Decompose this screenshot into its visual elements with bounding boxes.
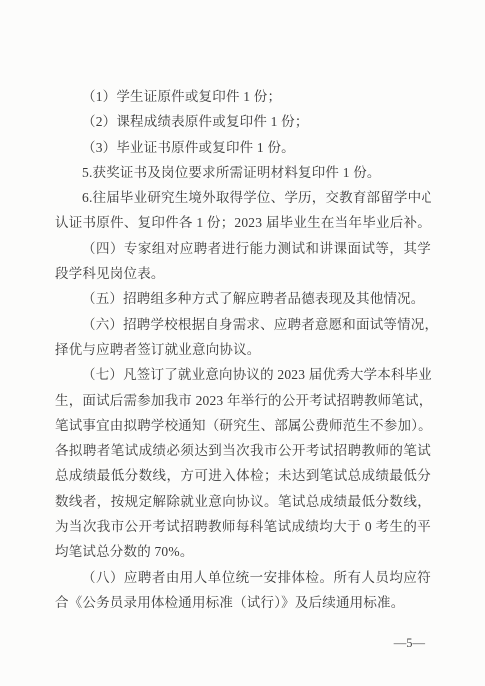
text-line: 总成绩最低分数线，方可进入体检；未达到笔试总成绩最低分 [55, 463, 431, 488]
text-line: （2）课程成绩表原件或复印件 1 份； [55, 109, 431, 134]
text-line: 笔试事宜由拟聘学校通知（研究生、部属公费师范生不参加）。 [55, 413, 431, 438]
text-line: （五）招聘组多种方式了解应聘者品德表现及其他情况。 [55, 286, 431, 311]
page-number: —5— [394, 636, 425, 651]
text-line: 段学科见岗位表。 [55, 261, 431, 286]
text-line: 合《公务员录用体检通用标准（试行）》及后续通用标准。 [55, 590, 431, 615]
text-line: 6.往届毕业研究生境外取得学位、学历，交教育部留学中心 [55, 185, 431, 210]
text-line: （3）毕业证书原件或复印件 1 份。 [55, 135, 431, 160]
text-line: 为当次我市公开考试招聘教师每科笔试成绩均大于 0 考生的平 [55, 514, 431, 539]
text-line: 择优与应聘者签订就业意向协议。 [55, 337, 431, 362]
text-line: （七）凡签订了就业意向协议的 2023 届优秀大学本科毕业 [55, 362, 431, 387]
text-line: 均笔试总分数的 70%。 [55, 539, 431, 564]
text-line: 生，面试后需参加我市 2023 年举行的公开考试招聘教师笔试， [55, 388, 431, 413]
text-line: 5.获奖证书及岗位要求所需证明材料复印件 1 份。 [55, 160, 431, 185]
text-line: 认证书原件、复印件各 1 份；2023 届毕业生在当年毕业后补。 [55, 210, 431, 235]
text-line: 数线者，按规定解除就业意向协议。笔试总成绩最低分数线， [55, 489, 431, 514]
text-line: （八）应聘者由用人单位统一安排体检。所有人员均应符 [55, 565, 431, 590]
text-line: （六）招聘学校根据自身需求、应聘者意愿和面试等情况， [55, 312, 431, 337]
text-line: （四）专家组对应聘者进行能力测试和讲课面试等，其学 [55, 236, 431, 261]
text-line: 各拟聘者笔试成绩必须达到当次我市公开考试招聘教师的笔试 [55, 438, 431, 463]
document-body: （1）学生证原件或复印件 1 份；（2）课程成绩表原件或复印件 1 份；（3）毕… [55, 84, 431, 615]
document-page: （1）学生证原件或复印件 1 份；（2）课程成绩表原件或复印件 1 份；（3）毕… [0, 0, 485, 686]
text-line: （1）学生证原件或复印件 1 份； [55, 84, 431, 109]
